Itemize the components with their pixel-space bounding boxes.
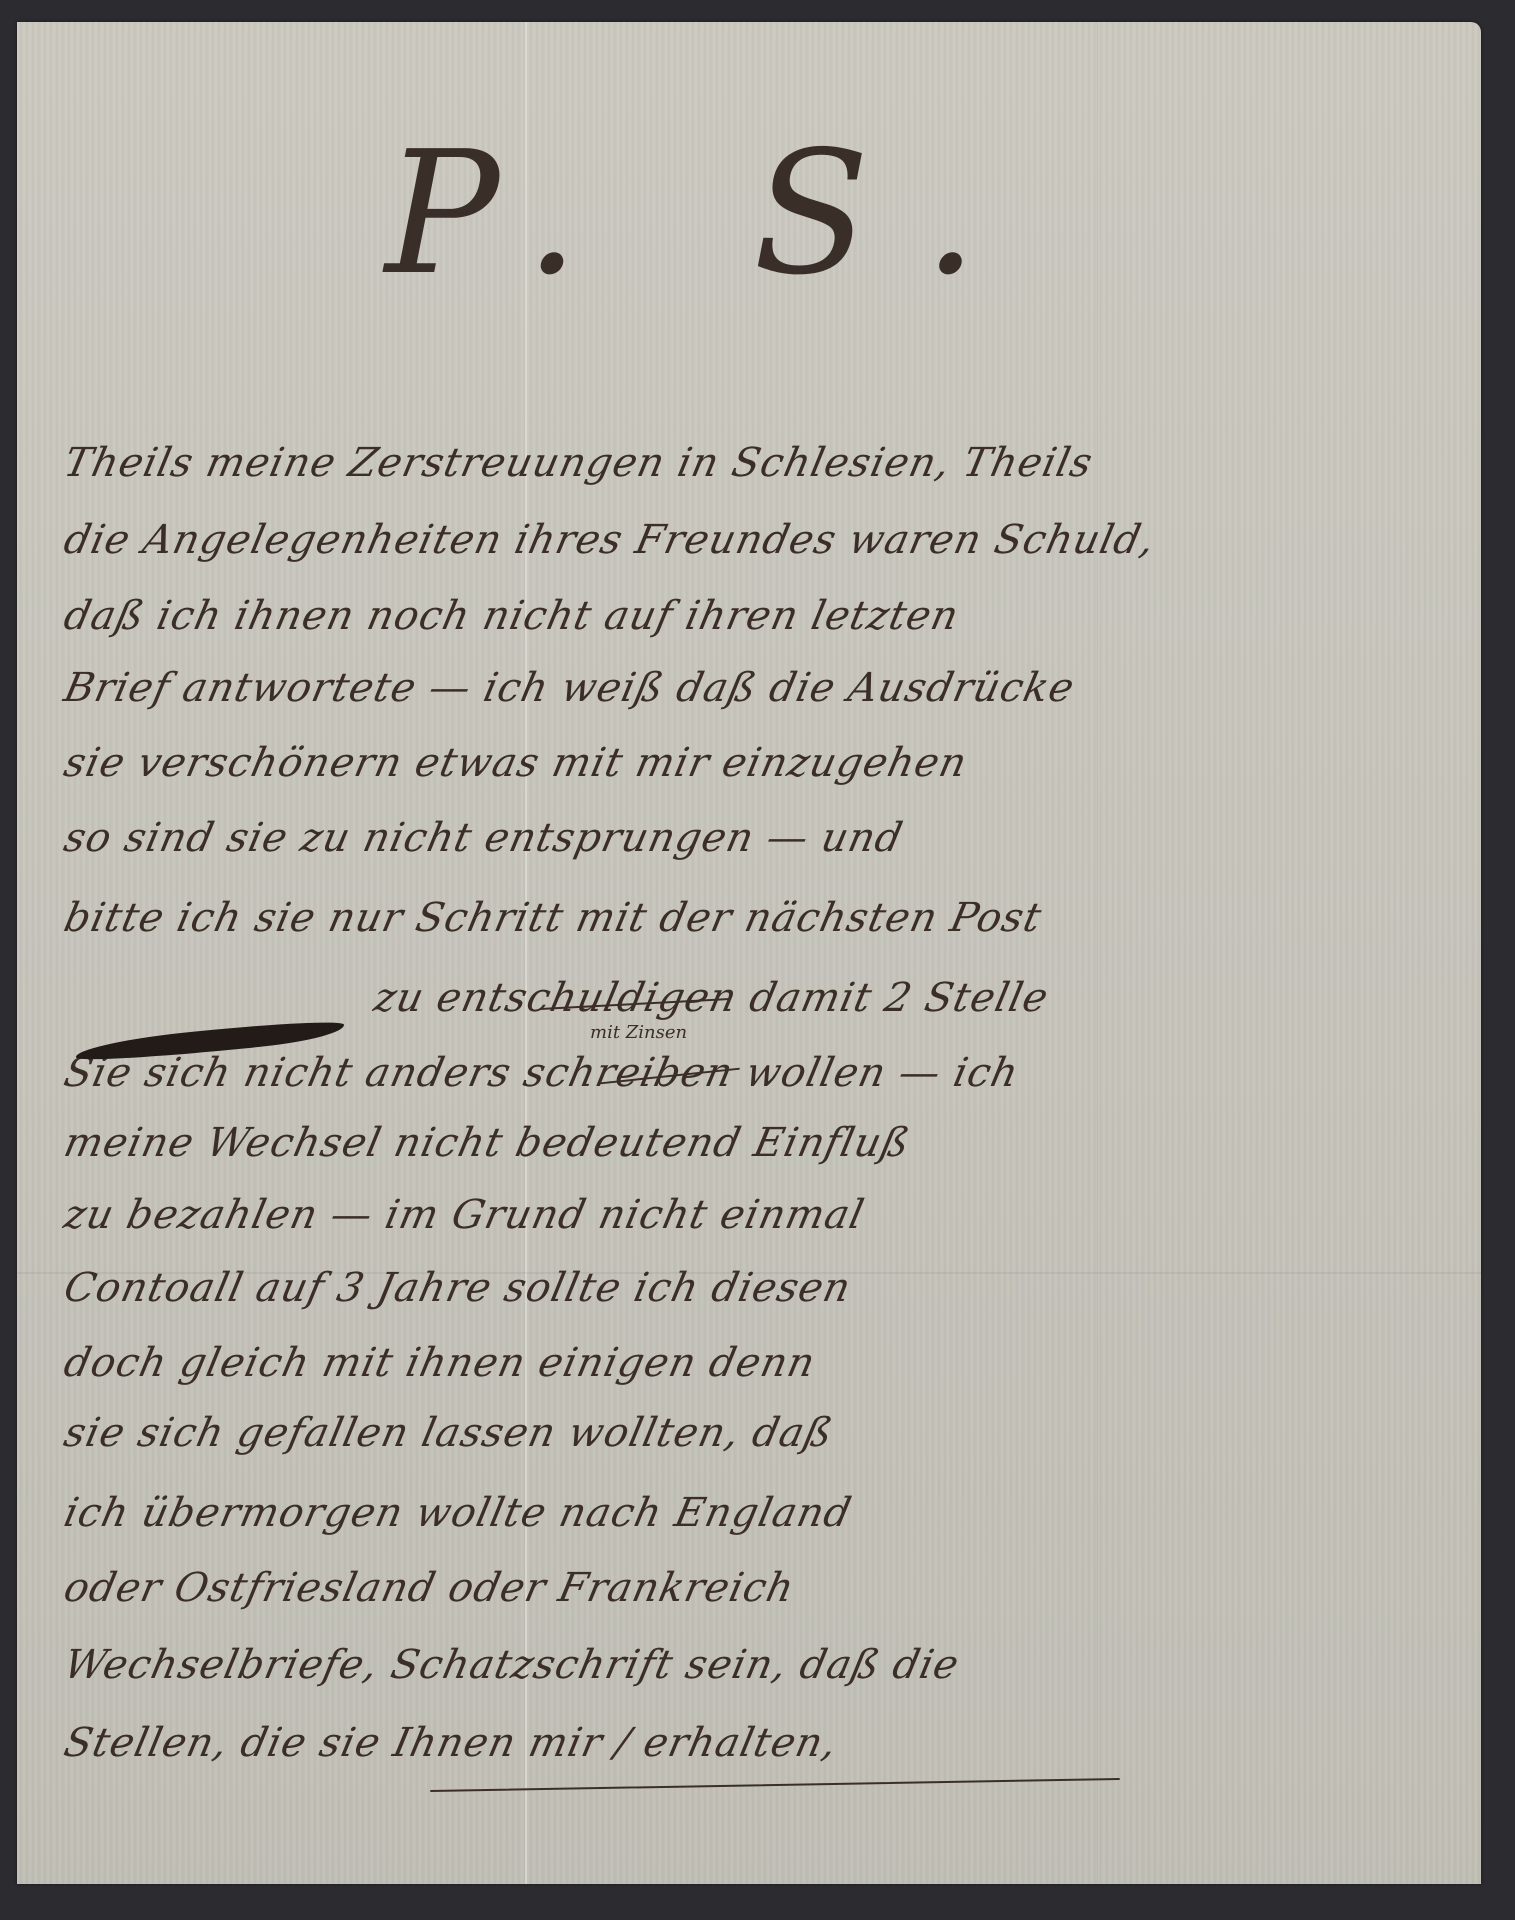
postscript-heading: P. S. xyxy=(385,115,1037,313)
letter-line: sie sich gefallen lassen wollten, daß xyxy=(60,1410,837,1456)
letter-line: bitte ich sie nur Schritt mit der nächst… xyxy=(60,895,1046,941)
letter-line: Wechselbriefe, Schatzschrift sein, daß d… xyxy=(60,1642,963,1688)
letter-line: zu bezahlen — im Grund nicht einmal xyxy=(60,1192,869,1238)
letter-line: meine Wechsel nicht bedeutend Einfluß xyxy=(60,1120,914,1166)
interlinear-insertion: mit Zinsen xyxy=(590,1022,687,1043)
letter-line: Sie sich nicht anders schreiben wollen —… xyxy=(60,1050,1023,1096)
letter-line: die Angelegenheiten ihres Freundes waren… xyxy=(60,517,1159,563)
letter-line: so sind sie zu nicht entsprungen — und xyxy=(60,815,907,861)
letter-line: Stellen, die sie Ihnen mir / erhalten, xyxy=(60,1720,842,1766)
letter-line: sie verschönern etwas mit mir einzugehen xyxy=(60,740,971,786)
letter-line: doch gleich mit ihnen einigen denn xyxy=(60,1340,820,1386)
letter-line: daß ich ihnen noch nicht auf ihren letzt… xyxy=(60,593,963,639)
paper-fold-vertical-right xyxy=(1097,22,1098,1884)
letter-line: Brief antwortete — ich weiß daß die Ausd… xyxy=(60,665,1079,711)
letter-line: ich übermorgen wollte nach England xyxy=(60,1490,856,1536)
letter-line: oder Ostfriesland oder Frankreich xyxy=(60,1565,799,1611)
letter-line: Contoall auf 3 Jahre sollte ich diesen xyxy=(60,1265,855,1311)
letter-line: Theils meine Zerstreuungen in Schlesien,… xyxy=(60,440,1097,486)
